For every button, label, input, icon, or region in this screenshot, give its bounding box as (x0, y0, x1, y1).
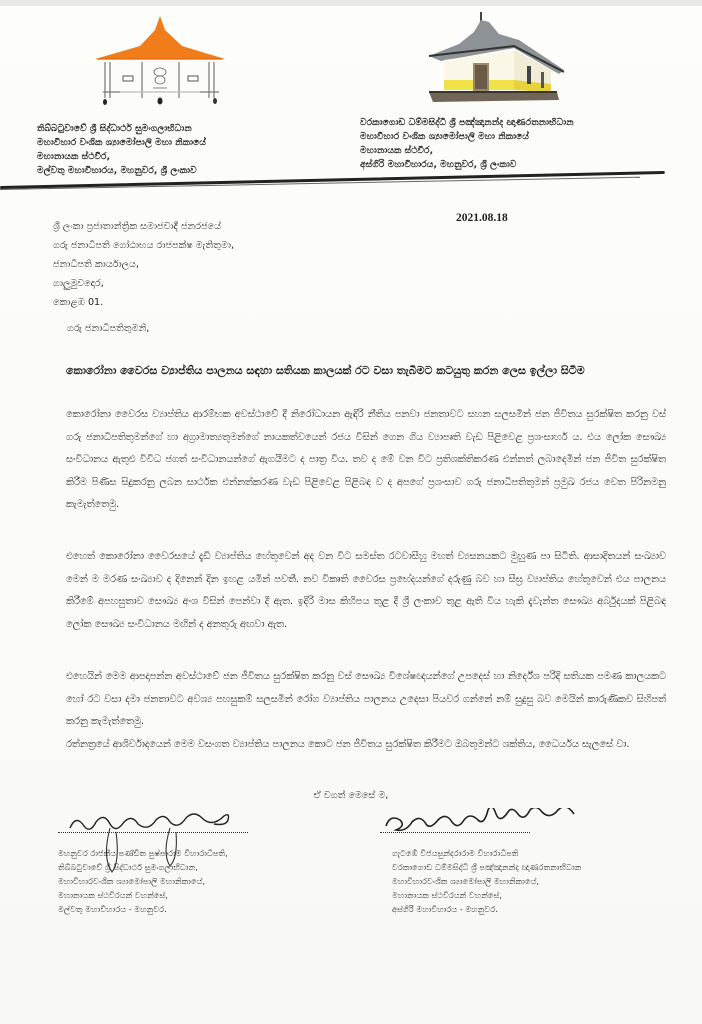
letterhead-left-text: තිබ්බටුවාවේ ශ්‍රී සිද්ධාර්ථ සුමංගලාභිධාන… (37, 122, 206, 178)
signatory-line: ගැටඹේ විජයසුන්දරාරාම විහාරාධිපති (392, 846, 581, 860)
letterhead-right-line: අස්ගිරි මහාවිහාරය, මහනුවර, ශ්‍රී ලංකාව (360, 158, 574, 172)
temple-shrine-icon (419, 8, 569, 106)
letterhead-right-line: මහානායක ස්ථවිර, (360, 144, 574, 158)
signature-line (58, 832, 248, 833)
scan-edge-shade (0, 0, 702, 6)
letterhead-left-line: මල්වතු මහාවිහාරය, මහනුවර, ශ්‍රී ලංකාව (37, 164, 206, 178)
signatory-line: අස්ගිරි මහාවිහාරය - මහනුවර. (392, 902, 581, 916)
signatory-left-details: මහනුවර රාජකීය පණ්ඩිත පුෂ්පාරාම විහාරාධිප… (58, 846, 228, 916)
letter-page: තිබ්බටුවාවේ ශ්‍රී සිද්ධාර්ථ සුමංගලාභිධාන… (0, 0, 702, 1024)
signature-line (380, 832, 530, 833)
signatory-line: මහානායක ස්ථවිරයන් වහන්සේ, (392, 888, 581, 902)
address-line: ගාලුමුවදොර, (53, 274, 234, 293)
closing-line: ඒ වගත් මෙසේ ම, (0, 790, 702, 801)
address-line: ජනාධිපති කාර්යාලය, (53, 255, 234, 274)
signature-mark-icon (380, 808, 620, 848)
address-line: කොළඹ 01. (53, 293, 234, 312)
signatory-line: මල්වතු මහාවිහාරය - මහනුවර. (58, 902, 228, 916)
recipient-address: ශ්‍රී ලංකා ප්‍රජාතාන්ත්‍රික සමාජවාදී ජනර… (53, 217, 234, 312)
signatory-line: වරකාගොඩ ධම්මසිද්ධි ශ්‍රී පඤ්ඤානන්ද ඥාණරත… (392, 860, 581, 874)
address-line: ගරු ජනාධිපති ගෝඨාභය රාජපක්ෂ මැතිතුමා, (53, 236, 234, 255)
signatory-line: මහනුවර රාජකීය පණ්ඩිත පුෂ්පාරාම විහාරාධිප… (58, 846, 228, 860)
letter-subject: කොරෝනා වෛරස ව්‍යාප්තිය පාලනය සඳහා සතියක … (66, 360, 656, 382)
signatory-line: මහාවිහාරවංශික ශ්‍යාමෝපාලි මහානිකායේ, (58, 874, 228, 888)
letterhead-left-line: මහාවිහාර වංශික ශ්‍යාමෝපාලි මහා නිකායේ (37, 136, 206, 150)
salutation: ගරු ජනාධිපතිතුමනි, (67, 323, 149, 334)
body-paragraph: රත්නත්‍රයේ ආශිර්වාදයෙන් මෙම වසංගත ව්‍යාප… (66, 734, 666, 757)
letterhead-right-text: වරකාගොඩ ධම්මසිද්ධි ශ්‍රී පඤ්ඤානන්ද ඥාණරත… (360, 116, 574, 172)
signatory-right-details: ගැටඹේ විජයසුන්දරාරාම විහාරාධිපති වරකාගොඩ… (392, 846, 581, 916)
signatory-line: මහානායක ස්ථවිරයන් වහන්සේ, (58, 888, 228, 902)
temple-pavilion-icon (85, 12, 235, 107)
body-paragraph: එහෙත් කොරෝනා වෛරසයේ දැඩි ව්‍යාප්තිය හේතු… (66, 546, 666, 636)
signatory-line: තිබ්බටුවාවේ ශ්‍රී සිද්ධාර්ථ සුමංගලාභිධාන… (58, 860, 228, 874)
letter-date: 2021.08.18 (456, 212, 508, 224)
letterhead-left-line: මහානායක ස්ථවිර, (37, 150, 206, 164)
body-paragraph: කොරෝනා වෛරස ව්‍යාප්තිය ආරම්භක අවස්ථාවේ ද… (66, 404, 666, 517)
letterhead-right-line: මහාවිහාර වංශික ශ්‍යාමෝපාලි මහා නිකායේ (360, 130, 574, 144)
letterhead-left-line: තිබ්බටුවාවේ ශ්‍රී සිද්ධාර්ථ සුමංගලාභිධාන (37, 122, 206, 136)
signatory-line: මහාවිහාරවංශික ශ්‍යාමෝපාලි මහානිකායේ, (392, 874, 581, 888)
letterhead-right-line: වරකාගොඩ ධම්මසිද්ධි ශ්‍රී පඤ්ඤානන්ද ඥාණරත… (360, 116, 574, 130)
body-paragraph: එහෙයින් මෙම ආපදාපන්න අවස්ථාවේ ජන ජීවිතය … (66, 666, 666, 734)
address-line: ශ්‍රී ලංකා ප්‍රජාතාන්ත්‍රික සමාජවාදී ජනර… (53, 217, 234, 236)
